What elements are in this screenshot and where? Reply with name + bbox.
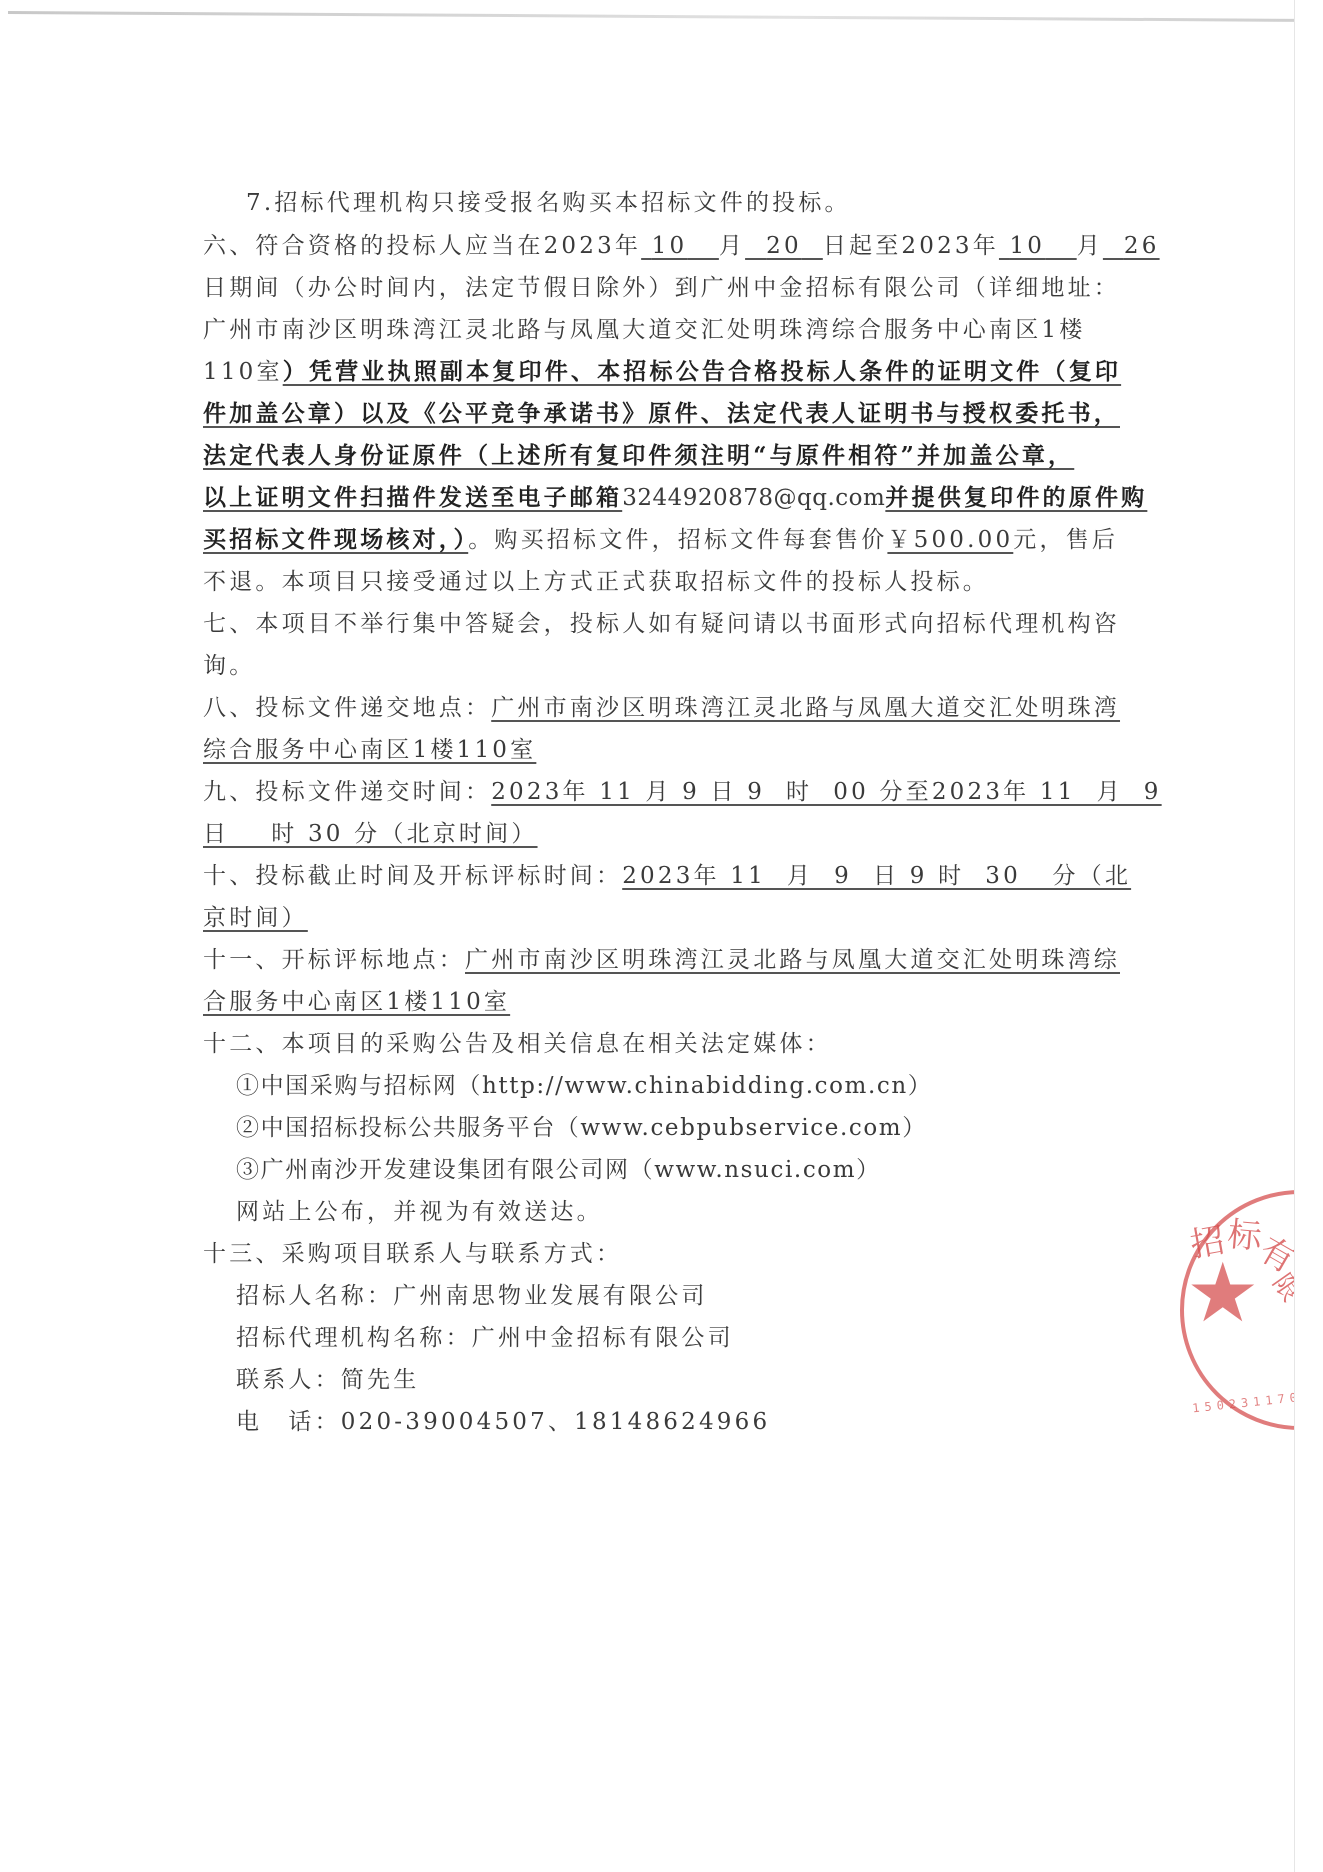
media-item-2: ②中国招标投标公共服务平台（www.cebpubservice.com） — [236, 1113, 927, 1143]
start-month: 10 — [641, 233, 719, 259]
media-item-1: ①中国采购与招标网（http://www.chinabidding.com.cn… — [236, 1071, 932, 1101]
sec6-line6: 法定代表人身份证原件（上述所有复印件须注明“与原件相符”并加盖公章， — [203, 441, 1074, 471]
sec7-line2: 询。 — [203, 651, 255, 681]
sec9-line1: 九、投标文件递交时间：2023年 11 月 9 日 9 时 00 分至2023年… — [203, 777, 1162, 807]
submission-address: 广州市南沙区明珠湾江灵北路与凤凰大道交汇处明珠湾 — [491, 695, 1120, 721]
sec7-line1: 七、本项目不举行集中答疑会，投标人如有疑问请以书面形式向招标代理机构咨 — [203, 609, 1120, 639]
document-page: 7.招标代理机构只接受报名购买本招标文件的投标。 六、符合资格的投标人应当在20… — [0, 0, 1323, 1872]
sec10-line1: 十、投标截止时间及开标评标时间：2023年 11 月 9 日 9 时 30 分（… — [203, 861, 1131, 891]
sec10-line2: 京时间） — [203, 903, 308, 933]
sec6-line9: 不退。本项目只接受通过以上方式正式获取招标文件的投标人投标。 — [203, 567, 989, 597]
item-7: 7.招标代理机构只接受报名购买本招标文件的投标。 — [246, 188, 851, 218]
email-address: 3244920878@qq.com — [622, 485, 885, 511]
page-right-edge — [1294, 0, 1323, 1872]
sec12-title: 十二、本项目的采购公告及相关信息在相关法定媒体： — [203, 1029, 832, 1059]
sec6-line7: 以上证明文件扫描件发送至电子邮箱3244920878@qq.com并提供复印件的… — [203, 483, 1147, 513]
sec6-line2: 日期间（办公时间内，法定节假日除外）到广州中金招标有限公司（详细地址： — [203, 273, 1120, 303]
sec6-line8: 买招标文件现场核对，）。购买招标文件，招标文件每套售价￥500.00元，售后 — [203, 525, 1118, 555]
sec8-line2: 综合服务中心南区1楼110室 — [203, 735, 536, 765]
sec6-prefix: 六、符合资格的投标人应当在2023年 — [203, 233, 641, 259]
document-price: ￥500.00 — [887, 527, 1013, 553]
contact-phone: 电 话：020-39004507、18148624966 — [236, 1407, 770, 1437]
sec6-line3: 广州市南沙区明珠湾江灵北路与凤凰大道交汇处明珠湾综合服务中心南区1楼 — [203, 315, 1085, 345]
media-note: 网站上公布，并视为有效送达。 — [236, 1197, 603, 1227]
end-day: 26 — [1103, 233, 1160, 259]
required-docs-text: ）凭营业执照副本复印件、本招标公告合格投标人条件的证明文件（复印 — [283, 358, 1121, 385]
sec13-title: 十三、采购项目联系人与联系方式： — [203, 1239, 622, 1269]
sec11-line1: 十一、开标评标地点：广州市南沙区明珠湾江灵北路与凤凰大道交汇处明珠湾综 — [203, 945, 1120, 975]
opening-address: 广州市南沙区明珠湾江灵北路与凤凰大道交汇处明珠湾综 — [465, 947, 1120, 973]
sec8-line1: 八、投标文件递交地点：广州市南沙区明珠湾江灵北路与凤凰大道交汇处明珠湾 — [203, 693, 1120, 723]
sec11-line2: 合服务中心南区1楼110室 — [203, 987, 510, 1017]
sec9-line2: 日 时 30 分（北京时间） — [203, 819, 538, 849]
start-day: 20 — [745, 233, 823, 259]
media-item-3: ③广州南沙开发建设集团有限公司网（www.nsuci.com） — [236, 1155, 881, 1185]
seal-star-icon: ★ — [1186, 1253, 1260, 1335]
contact-person: 联系人：简先生 — [236, 1365, 419, 1395]
agency-name: 招标代理机构名称：广州中金招标有限公司 — [236, 1323, 734, 1353]
end-month: 10 — [999, 233, 1077, 259]
sec6-line4: 110室）凭营业执照副本复印件、本招标公告合格投标人条件的证明文件（复印 — [203, 357, 1121, 387]
sec6-line5: 件加盖公章）以及《公平竞争承诺书》原件、法定代表人证明书与授权委托书， — [203, 399, 1120, 429]
submission-time: 2023年 11 月 9 日 9 时 00 分至2023年 11 月 9 — [491, 779, 1161, 805]
tenderer-name: 招标人名称：广州南思物业发展有限公司 — [236, 1281, 708, 1311]
sec6-line1: 六、符合资格的投标人应当在2023年 10 月 20 日起至2023年 10 月… — [203, 231, 1160, 261]
deadline-time: 2023年 11 月 9 日 9 时 30 分（北 — [622, 863, 1131, 889]
